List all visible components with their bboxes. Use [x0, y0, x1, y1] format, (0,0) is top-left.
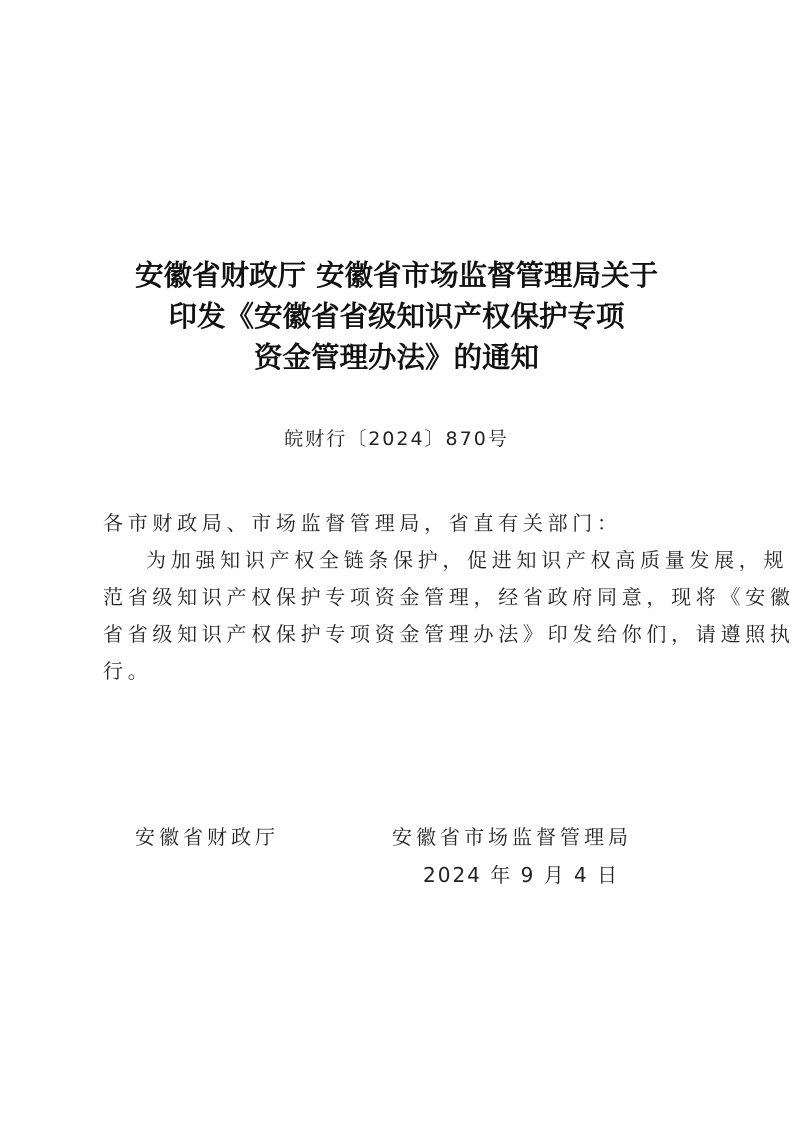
title-line-3: 资金管理办法》的通知 [0, 337, 793, 378]
signature-date: 2024 年 9 月 4 日 [423, 861, 619, 889]
body-line-2: 范省级知识产权保护专项资金管理，经省政府同意，现将《安徽 [103, 579, 703, 616]
document-number: 皖财行〔2024〕870号 [0, 425, 793, 453]
title-line-2: 印发《安徽省省级知识产权保护专项 [0, 296, 793, 337]
document-page: 安徽省财政厅 安徽省市场监督管理局关于 印发《安徽省省级知识产权保护专项 资金管… [0, 0, 793, 1122]
title-line-1: 安徽省财政厅 安徽省市场监督管理局关于 [0, 255, 793, 296]
addressee-line: 各市财政局、市场监督管理局，省直有关部门： [103, 505, 703, 542]
body-line-3: 省省级知识产权保护专项资金管理办法》印发给你们，请遵照执 [103, 616, 703, 653]
body-line-4: 行。 [103, 653, 703, 690]
signature-right-issuer: 安徽省市场监督管理局 [392, 823, 632, 851]
document-body: 各市财政局、市场监督管理局，省直有关部门： 为加强知识产权全链条保护，促进知识产… [103, 505, 703, 690]
body-line-1: 为加强知识产权全链条保护，促进知识产权高质量发展，规 [103, 542, 703, 579]
document-title: 安徽省财政厅 安徽省市场监督管理局关于 印发《安徽省省级知识产权保护专项 资金管… [0, 255, 793, 378]
signature-left-issuer: 安徽省财政厅 [135, 823, 279, 851]
